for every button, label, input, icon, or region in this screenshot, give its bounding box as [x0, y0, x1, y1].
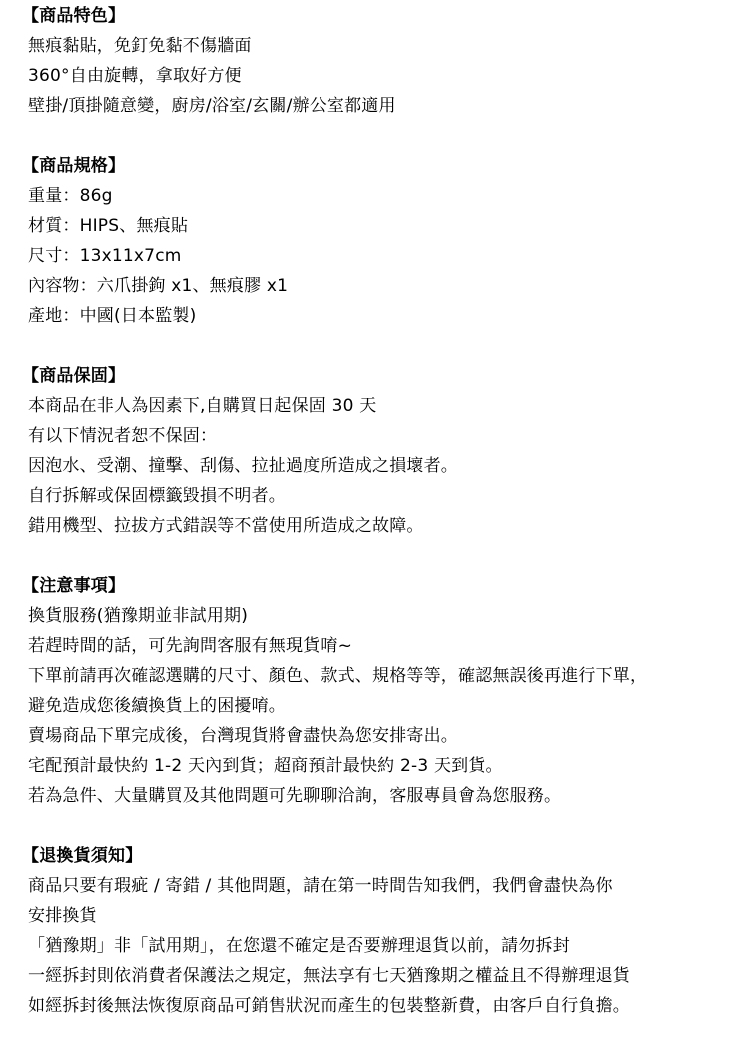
text-line: 無痕黏貼，免釘免黏不傷牆面 — [28, 31, 750, 61]
text-line: 若為急件、大量購買及其他問題可先聊聊洽詢，客服專員會為您服務。 — [28, 781, 750, 811]
text-line: 壁掛/頂掛隨意變，廚房/浴室/玄關/辦公室都適用 — [28, 91, 750, 121]
text-line: 材質：HIPS、無痕貼 — [28, 211, 750, 241]
text-line: 宅配預計最快約 1-2 天內到貨；超商預計最快約 2-3 天到貨。 — [28, 751, 750, 781]
text-line: 「猶豫期」非「試用期」，在您還不確定是否要辦理退貨以前，請勿拆封 — [28, 931, 750, 961]
section-heading: 【注意事項】 — [22, 571, 750, 601]
text-line: 安排換貨 — [28, 901, 750, 931]
section-heading: 【商品特色】 — [22, 1, 750, 31]
text-line: 有以下情況者恕不保固： — [28, 421, 750, 451]
text-line: 若趕時間的話，可先詢問客服有無現貨唷~ — [28, 631, 750, 661]
section-heading: 【退換貨須知】 — [22, 841, 750, 871]
text-line: 換貨服務(猶豫期並非試用期) — [28, 601, 750, 631]
product-description: 【商品特色】 無痕黏貼，免釘免黏不傷牆面 360°自由旋轉，拿取好方便 壁掛/頂… — [0, 0, 750, 1021]
text-line: 錯用機型、拉拔方式錯誤等不當使用所造成之故障。 — [28, 511, 750, 541]
text-line: 產地：中國(日本監製) — [28, 301, 750, 331]
text-line: 一經拆封則依消費者保護法之規定，無法享有七天猶豫期之權益且不得辦理退貨 — [28, 961, 750, 991]
text-line: 下單前請再次確認選購的尺寸、顏色、款式、規格等等，確認無誤後再進行下單， — [28, 661, 750, 691]
text-line: 重量：86g — [28, 181, 750, 211]
text-line: 尺寸：13x11x7cm — [28, 241, 750, 271]
section-heading: 【商品保固】 — [22, 361, 750, 391]
text-line: 本商品在非人為因素下,自購買日起保固 30 天 — [28, 391, 750, 421]
text-line: 賣場商品下單完成後，台灣現貨將會盡快為您安排寄出。 — [28, 721, 750, 751]
section-heading: 【商品規格】 — [22, 151, 750, 181]
text-line: 避免造成您後續換貨上的困擾唷。 — [28, 691, 750, 721]
section-warranty: 【商品保固】 本商品在非人為因素下,自購買日起保固 30 天 有以下情況者恕不保… — [28, 361, 750, 541]
text-line: 因泡水、受潮、撞擊、刮傷、拉扯過度所造成之損壞者。 — [28, 451, 750, 481]
section-returns: 【退換貨須知】 商品只要有瑕疵 / 寄錯 / 其他問題，請在第一時間告知我們，我… — [28, 841, 750, 1021]
text-line: 內容物：六爪掛鉤 x1、無痕膠 x1 — [28, 271, 750, 301]
text-line: 如經拆封後無法恢復原商品可銷售狀況而產生的包裝整新費，由客戶自行負擔。 — [28, 991, 750, 1021]
section-notes: 【注意事項】 換貨服務(猶豫期並非試用期) 若趕時間的話，可先詢問客服有無現貨唷… — [28, 571, 750, 811]
section-specs: 【商品規格】 重量：86g 材質：HIPS、無痕貼 尺寸：13x11x7cm 內… — [28, 151, 750, 331]
text-line: 自行拆解或保固標籤毀損不明者。 — [28, 481, 750, 511]
text-line: 商品只要有瑕疵 / 寄錯 / 其他問題，請在第一時間告知我們，我們會盡快為你 — [28, 871, 750, 901]
text-line: 360°自由旋轉，拿取好方便 — [28, 61, 750, 91]
section-features: 【商品特色】 無痕黏貼，免釘免黏不傷牆面 360°自由旋轉，拿取好方便 壁掛/頂… — [28, 1, 750, 121]
